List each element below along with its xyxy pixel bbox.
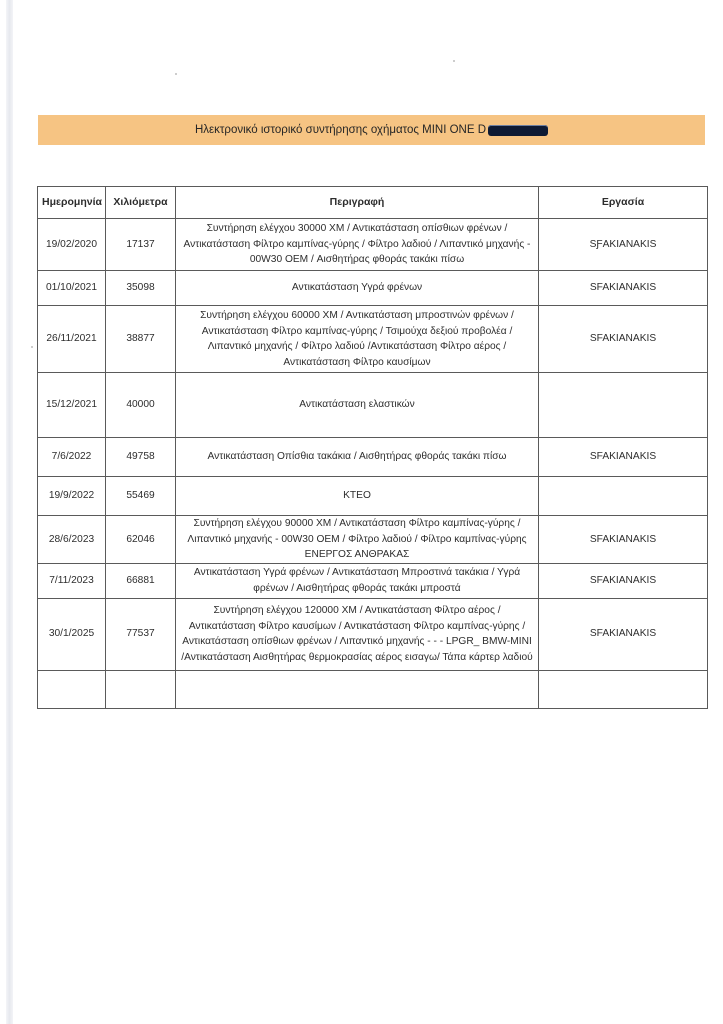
cell-description xyxy=(176,670,539,708)
cell-description: Αντικατάσταση Υγρά φρένων / Αντικατάστασ… xyxy=(176,563,539,598)
cell-date: 01/10/2021 xyxy=(38,271,106,306)
cell-km: 38877 xyxy=(106,306,176,373)
scan-speck xyxy=(175,73,177,75)
cell-description: ΚΤΕΟ xyxy=(176,477,539,516)
table-row: 30/1/2025 77537 Συντήρηση ελέγχου 120000… xyxy=(38,598,708,670)
cell-work: SFAKIANAKIS xyxy=(539,306,708,373)
cell-km: 66881 xyxy=(106,563,176,598)
cell-description: Αντικατάσταση ελαστικών xyxy=(176,373,539,438)
cell-description: Αντικατάσταση Οπίσθια τακάκια / Αισθητήρ… xyxy=(176,438,539,477)
cell-work xyxy=(539,373,708,438)
cell-date: 7/6/2022 xyxy=(38,438,106,477)
column-header-description: Περιγραφή xyxy=(176,187,539,219)
cell-work: SFAKIANAKIS xyxy=(539,438,708,477)
cell-km xyxy=(106,670,176,708)
cell-work: SƑAKIANAKIS xyxy=(539,219,708,271)
cell-work: SFAKIANAKIS xyxy=(539,516,708,564)
cell-date: 28/6/2023 xyxy=(38,516,106,564)
cell-work: SFAKIANAKIS xyxy=(539,598,708,670)
cell-km: 62046 xyxy=(106,516,176,564)
cell-description: Συντήρηση ελέγχου 120000 ΧΜ / Αντικατάστ… xyxy=(176,598,539,670)
cell-description: Συντήρηση ελέγχου 90000 ΧΜ / Αντικατάστα… xyxy=(176,516,539,564)
cell-km: 35098 xyxy=(106,271,176,306)
document-title-banner: Ηλεκτρονικό ιστορικό συντήρησης οχήματος… xyxy=(38,115,705,145)
cell-date: 15/12/2021 xyxy=(38,373,106,438)
cell-date: 19/9/2022 xyxy=(38,477,106,516)
table-row: 15/12/2021 40000 Αντικατάσταση ελαστικών xyxy=(38,373,708,438)
cell-km: 55469 xyxy=(106,477,176,516)
cell-work: SFAKIANAKIS xyxy=(539,271,708,306)
table-row: 19/02/2020 17137 Συντήρηση ελέγχου 30000… xyxy=(38,219,708,271)
cell-date: 30/1/2025 xyxy=(38,598,106,670)
table-row: 7/11/2023 66881 Αντικατάσταση Υγρά φρένω… xyxy=(38,563,708,598)
cell-date: 19/02/2020 xyxy=(38,219,106,271)
scan-speck xyxy=(453,60,455,62)
table-row: 7/6/2022 49758 Αντικατάσταση Οπίσθια τακ… xyxy=(38,438,708,477)
column-header-work: Εργασία xyxy=(539,187,708,219)
cell-km: 40000 xyxy=(106,373,176,438)
cell-date xyxy=(38,670,106,708)
column-header-km: Χιλιόμετρα xyxy=(106,187,176,219)
cell-km: 49758 xyxy=(106,438,176,477)
column-header-date: Ημερομηνία xyxy=(38,187,106,219)
cell-date: 26/11/2021 xyxy=(38,306,106,373)
cell-description: Συντήρηση ελέγχου 30000 ΧΜ / Αντικατάστα… xyxy=(176,219,539,271)
cell-work xyxy=(539,670,708,708)
scan-speck xyxy=(31,346,33,348)
cell-km: 77537 xyxy=(106,598,176,670)
table-row: 28/6/2023 62046 Συντήρηση ελέγχου 90000 … xyxy=(38,516,708,564)
table-row: 19/9/2022 55469 ΚΤΕΟ xyxy=(38,477,708,516)
maintenance-history-table: Ημερομηνία Χιλιόμετρα Περιγραφή Εργασία … xyxy=(37,186,708,709)
cell-description: Αντικατάσταση Υγρά φρένων xyxy=(176,271,539,306)
table-row: 01/10/2021 35098 Αντικατάσταση Υγρά φρέν… xyxy=(38,271,708,306)
cell-work xyxy=(539,477,708,516)
table-header-row: Ημερομηνία Χιλιόμετρα Περιγραφή Εργασία xyxy=(38,187,708,219)
cell-km: 17137 xyxy=(106,219,176,271)
table-row-empty xyxy=(38,670,708,708)
cell-description: Συντήρηση ελέγχου 60000 ΧΜ / Αντικατάστα… xyxy=(176,306,539,373)
redacted-plate-number xyxy=(488,125,548,136)
cell-work: SFAKIANAKIS xyxy=(539,563,708,598)
document-title: Ηλεκτρονικό ιστορικό συντήρησης οχήματος… xyxy=(195,124,486,136)
scan-edge xyxy=(6,0,13,1024)
table-row: 26/11/2021 38877 Συντήρηση ελέγχου 60000… xyxy=(38,306,708,373)
cell-date: 7/11/2023 xyxy=(38,563,106,598)
